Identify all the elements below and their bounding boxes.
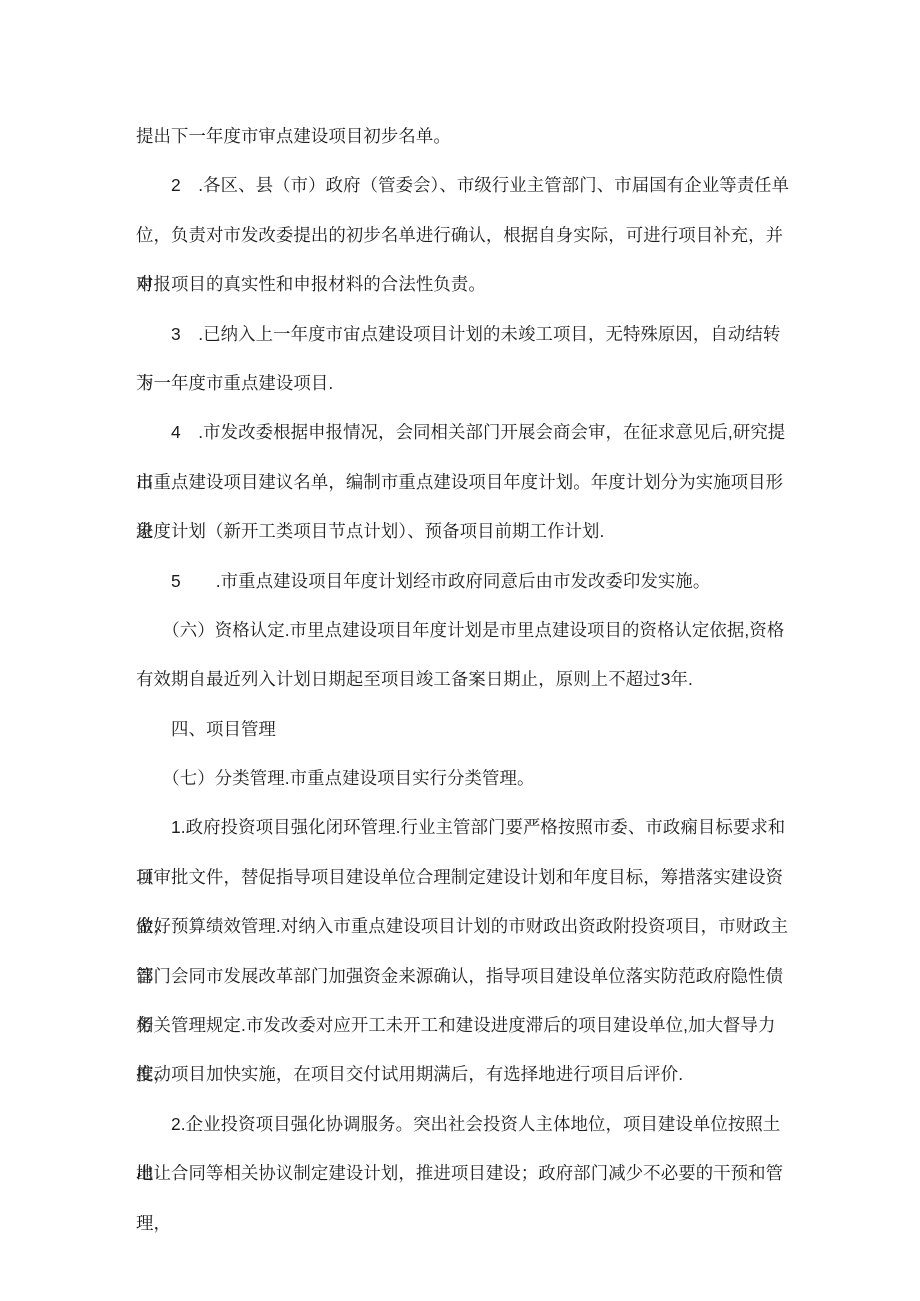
text-line: 3 .已纳入上一年度市宙点建设项目计划的未竣工项目，无特殊原因，自动结转为 <box>136 310 792 359</box>
text-line: 相关管理规定.市发改委对应开工未开工和建设进度滞后的项目建设单位,加大督导力度， <box>136 1001 792 1050</box>
text-line: （七）分类管理.市重点建设项目实行分类管理。 <box>136 754 792 803</box>
text-line: 2 .各区、县（市）政府（管委会）、市级行业主管部门、市届国有企业等责任单 <box>136 161 792 210</box>
text-line: 四、项目管理 <box>136 705 792 754</box>
text-line: （六）资格认定.市里点建设项目年度计划是市里点建设项目的资格认定依据,资格 <box>136 606 792 655</box>
text-line: 市重点建设项目建议名单，编制市重点建设项目年度计划。年度计划分为实施项目形象 <box>136 458 792 507</box>
text-line: 2.企业投资项目强化协调服务。突出社会投资人主体地位，项目建设单位按照土地 <box>136 1100 792 1149</box>
text-line: 做好预算绩效管理.对纳入市重点建设项目计划的市财政出资政附投资项目，市财政主管 <box>136 902 792 951</box>
text-line: 1.政府投资项目强化闭环管理.行业主管部门要严格按照市委、市政痫目标要求和项 <box>136 803 792 852</box>
document-page: 提出下一年度市审点建设项目初步名单。 2 .各区、县（市）政府（管委会）、市级行… <box>0 0 920 1301</box>
text-line: 下一年度市重点建设项目. <box>136 359 792 408</box>
text-line: 部门会同市发展改革部门加强资金来源确认，指导项目建设单位落实防范政府隐性债务 <box>136 952 792 1001</box>
text-line: 4 .市发改委根据申报情况，会同相关部门开展会商会审，在征求意见后,研究提出 <box>136 408 792 457</box>
text-line: 进度计划（新开工类项目节点计划）、预备项目前期工作计划. <box>136 507 792 556</box>
text-line: 出让合同等相关协议制定建设计划，推进项目建设；政府部门减少不必要的干预和管理， <box>136 1149 792 1198</box>
text-line: 目审批文件，替促指导项目建设单位合理制定建设计划和年度目标，筹措落实建设资金， <box>136 853 792 902</box>
text-line: 位，负责对市发改委提出的初步名单进行确认，根据自身实际，可进行项目补充，并对 <box>136 211 792 260</box>
text-line: 申报项目的真实性和申报材料的合法性负责。 <box>136 260 792 309</box>
text-line: 提出下一年度市审点建设项目初步名单。 <box>136 112 792 161</box>
text-line: 推动项目加快实施，在项目交付试用期满后，有选择地进行项目后评价. <box>136 1050 792 1099</box>
text-line: 5 .市重点建设项目年度计划经市政府同意后由市发改委印发实施。 <box>136 557 792 606</box>
text-line: 有效期自最近列入计划日期起至项目竣工备案日期止，原则上不超过3年. <box>136 655 792 704</box>
